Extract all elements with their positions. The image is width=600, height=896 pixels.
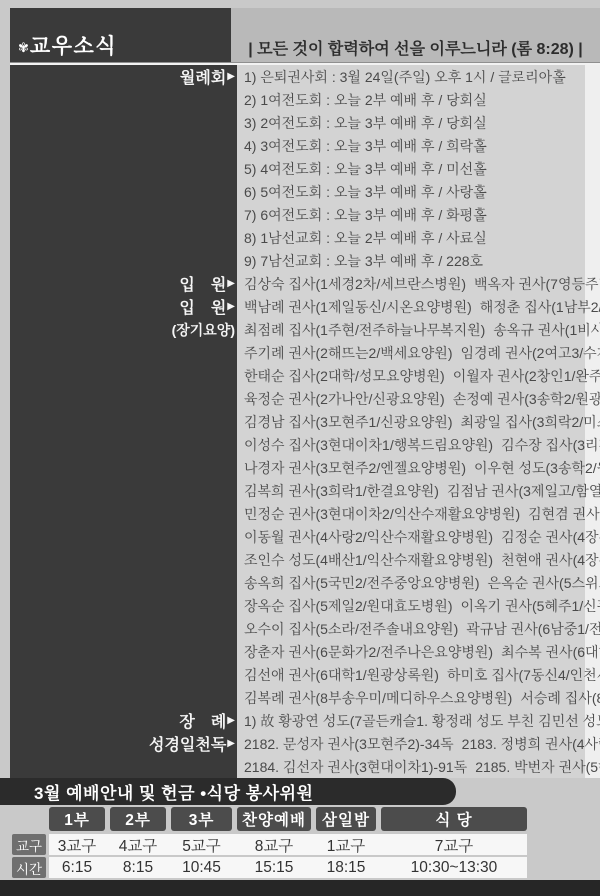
col-header-praise: 찬양예배 [237,807,311,831]
member-entry: 곽규남 권사(6남중1/전주한슬요양병원) [466,619,600,639]
longterm-row: 한태순 집사(2대학/성모요양병원)이월자 권사(2창인1/완주아름다운노인병원… [10,364,600,387]
col-header-cafeteria: 식 당 [381,807,527,831]
longterm-row: 주기례 권사(2해뜨는2/백세요양원)임경례 권사(2여고3/수재활요양병원) [10,341,600,364]
funeral-entry: 1) 故 황광연 성도(7골든캐슬1. 황정래 성도 부친 김민선 성도 시부) [237,709,600,732]
bible-entry: 2184. 김선자 권사(3현대이차1)-91독 [244,757,467,777]
title-box: ✾ 교우소식 [10,8,231,62]
member-entry: 김복례 권사(8부송우미/메디하우스요양병원) [244,688,512,708]
member-entry: 주기례 권사(2해뜨는2/백세요양원) [244,343,453,363]
member-entry: 장춘자 권사(6문화가2/전주나은요양병원) [244,642,493,662]
longterm-row: 장옥순 집사(5제일2/원대효도병원)이옥기 권사(5혜주1/신광요양원) [10,594,600,617]
section-label-bible: 성경일천독▶ [10,732,237,755]
row-label-district: 교구 [12,834,46,855]
district-cell: 1교구 [316,834,376,855]
district-cell: 7교구 [381,834,527,855]
member-entry: 이동월 권사(4사랑2/익산수재활요양병원) [244,527,493,547]
arrow-icon: ▶ [227,301,235,312]
member-entry: 한태순 집사(2대학/성모요양병원) [244,366,445,386]
longterm-row: 김복희 권사(3희락1/한결요양원)김점남 권사(3제일고/함열소망요양원) [10,479,600,502]
monthly-item-row: 8) 1남선교회 : 오늘 2부 예배 후 / 사료실 [10,226,600,249]
member-entry: 오수이 집사(5소라/전주솔내요양원) [244,619,458,639]
bible-entry: 2182. 문성자 권사(3모현주2)-34독 [244,734,454,754]
bulletin-body: 월례회▶ 1) 은퇴권사회 : 3월 24일(주일) 오후 1시 / 글로리아홀… [10,65,600,778]
member-entry: 이성수 집사(3현대이차1/행복드림요양원) [244,435,493,455]
member-entry: 하미호 집사(7동신4/인천서송병원) [447,665,600,685]
col-header-3bu: 3부 [171,807,232,831]
flower-icon: ✾ [18,38,29,58]
member-entry: 이우현 성도(3송학2/원광상록원) [474,458,600,478]
section-label-hospital: 입 원▶ [10,295,237,318]
bible-entry: 2185. 박번자 권사(5혜주2)-52독 [475,757,600,777]
longterm-row: 김복례 권사(8부송우미/메디하우스요양병원)서승례 집사(8주공1/원대효도요… [10,686,600,709]
arrow-icon: ▶ [227,738,235,749]
monthly-item-row: 3) 2여전도회 : 오늘 3부 예배 후 / 당회실 [10,111,600,134]
monthly-item: 5) 4여전도회 : 오늘 3부 예배 후 / 미선홀 [237,157,600,180]
funeral-row: 장 례▶ 1) 故 황광연 성도(7골든캐슬1. 황정래 성도 부친 김민선 성… [10,709,600,732]
section-label-hospital: 입 원▶ [10,272,237,295]
section-label-funeral: 장 례▶ [10,709,237,732]
bible-row: 성경일천독▶ 2182. 문성자 권사(3모현주2)-34독2183. 정병희 … [10,732,600,755]
member-entry: 김점남 권사(3제일고/함열소망요양원) [447,481,600,501]
member-entry: 김복희 권사(3희락1/한결요양원) [244,481,439,501]
member-entry: 김정순 권사(4장신2/수요양병원) [501,527,600,547]
member-entry: 손정예 권사(3송학2/원광상록원) [453,389,600,409]
hospital-row: 입 원▶ 백남례 권사(1제일동신/시온요양병원)해정춘 집사(1남부2/엔젤요… [10,295,600,318]
page-title: 교우소식 [30,36,117,58]
member-entry: 육정순 권사(2가나안/신광요양원) [244,389,445,409]
member-entry: 조인수 성도(4배산1/익산수재활요양병원) [244,550,493,570]
member-entry: 백남례 권사(1제일동신/시온요양병원) [244,297,472,317]
bible-entry: 2183. 정병희 권사(4사랑1)-48독 [462,734,600,754]
monthly-item: 4) 3여전도회 : 오늘 3부 예배 후 / 희락홀 [237,134,600,157]
member-entry: 김현겸 권사(4장신1/원광효도요양병원) [528,504,600,524]
member-entry: 김경남 집사(3모현주1/신광요양원) [244,412,453,432]
section-label-monthly: 월례회▶ [10,65,237,88]
longterm-row: 나경자 권사(3모현주2/엔젤요양병원)이우현 성도(3송학2/원광상록원) [10,456,600,479]
worship-banner: 3월 예배안내 및 헌금 •식당 봉사위원 [0,778,456,805]
col-header-1bu: 1부 [49,807,105,831]
longterm-row: 이성수 집사(3현대이차1/행복드림요양원)김수장 집사(3리젠시빌/연세요양병… [10,433,600,456]
longterm-row: 송옥희 집사(5국민2/전주중앙요양병원)은옥순 권사(5스위트2/원광효도요양… [10,571,600,594]
verse-text: | 모든 것이 합력하여 선을 이루느니라 (롬 8:28) | [248,36,583,59]
longterm-row: 조인수 성도(4배산1/익산수재활요양병원)천현애 권사(4장신2/엔젤요양병원… [10,548,600,571]
worship-table: 1부 2부 3부 찬양예배 삼일밤 식 당 교구 3교구 4교구 5교구 8교구… [12,807,600,878]
member-entry: 해정춘 집사(1남부2/엔젤요양병원) [480,297,600,317]
monthly-item-row: 6) 5여전도회 : 오늘 3부 예배 후 / 사랑홀 [10,180,600,203]
monthly-item: 7) 6여전도회 : 오늘 3부 예배 후 / 화평홀 [237,203,600,226]
district-cell: 3교구 [49,834,105,855]
member-entry: 나경자 권사(3모현주2/엔젤요양병원) [244,458,466,478]
bible-row: 2184. 김선자 권사(3현대이차1)-91독2185. 박번자 권사(5혜주… [10,755,600,778]
time-cell: 15:15 [237,857,311,878]
member-entry: 최광일 집사(3희락2/미소요양병원) [461,412,600,432]
longterm-row: 민정순 권사(3현대이차2/익산수재활요양병원)김현겸 권사(4장신1/원광효도… [10,502,600,525]
time-cell: 18:15 [316,857,376,878]
monthly-item-row: 5) 4여전도회 : 오늘 3부 예배 후 / 미선홀 [10,157,600,180]
monthly-item: 1) 은퇴권사회 : 3월 24일(주일) 오후 1시 / 글로리아홀 [237,65,600,88]
time-cell: 8:15 [110,857,166,878]
longterm-row: 김선애 권사(6대학1/원광상록원)하미호 집사(7동신4/인천서송병원) [10,663,600,686]
member-entry: 이옥기 권사(5혜주1/신광요양원) [461,596,600,616]
longterm-row: 장춘자 권사(6문화가2/전주나은요양병원)최수복 권사(6대한/수요양병원) [10,640,600,663]
member-entry: 장옥순 집사(5제일2/원대효도병원) [244,596,453,616]
member-entry: 민정순 권사(3현대이차2/익산수재활요양병원) [244,504,520,524]
row-label-time: 시간 [12,857,46,878]
district-row: 교구 3교구 4교구 5교구 8교구 1교구 7교구 [12,834,600,855]
member-entry: 이월자 권사(2창인1/완주아름다운노인병원) [453,366,600,386]
monthly-item: 6) 5여전도회 : 오늘 3부 예배 후 / 사랑홀 [237,180,600,203]
monthly-item: 3) 2여전도회 : 오늘 3부 예배 후 / 당회실 [237,111,600,134]
longterm-row: 이동월 권사(4사랑2/익산수재활요양병원)김정순 권사(4장신2/수요양병원) [10,525,600,548]
time-cell: 10:45 [171,857,232,878]
member-entry: 최점례 집사(1주현/전주하늘나무복지원) [244,320,485,340]
longterm-row: 육정순 권사(2가나안/신광요양원)손정예 권사(3송학2/원광상록원) [10,387,600,410]
time-row: 시간 6:15 8:15 10:45 15:15 18:15 10:30~13:… [12,857,600,878]
member-entry: 송옥희 집사(5국민2/전주중앙요양병원) [244,573,480,593]
bottom-divider-band [0,880,600,896]
col-header-wednesday: 삼일밤 [316,807,376,831]
monthly-item: 9) 7남선교회 : 오늘 3부 예배 후 / 228호 [237,249,600,272]
longterm-row: 오수이 집사(5소라/전주솔내요양원)곽규남 권사(6남중1/전주한슬요양병원) [10,617,600,640]
header: ✾ 교우소식 | 모든 것이 합력하여 선을 이루느니라 (롬 8:28) | [10,8,600,62]
time-cell: 10:30~13:30 [381,857,527,878]
monthly-item: 8) 1남선교회 : 오늘 2부 예배 후 / 사료실 [237,226,600,249]
member-entry: 백옥자 권사(7영등주택/국립암센터) [474,274,600,294]
monthly-item-row: 9) 7남선교회 : 오늘 3부 예배 후 / 228호 [10,249,600,272]
district-cell: 4교구 [110,834,166,855]
arrow-icon: ▶ [227,71,235,82]
col-header-2bu: 2부 [110,807,166,831]
time-cell: 6:15 [49,857,105,878]
hospital-row: 입 원▶ 김상숙 집사(1세경2차/세브란스병원)백옥자 권사(7영등주택/국립… [10,272,600,295]
member-entry: 김수장 집사(3리젠시빌/연세요양병원) [501,435,600,455]
arrow-icon: ▶ [227,715,235,726]
monthly-item-row: 7) 6여전도회 : 오늘 3부 예배 후 / 화평홀 [10,203,600,226]
monthly-item-row: 월례회▶ 1) 은퇴권사회 : 3월 24일(주일) 오후 1시 / 글로리아홀 [10,65,600,88]
member-entry: 송옥규 권사(1비사벌/오산가족사랑요양원) [493,320,600,340]
worship-table-header: 1부 2부 3부 찬양예배 삼일밤 식 당 [12,807,600,831]
monthly-item: 2) 1여전도회 : 오늘 2부 예배 후 / 당회실 [237,88,600,111]
member-entry: 은옥순 권사(5스위트2/원광효도요양병원) [488,573,600,593]
longterm-row: (장기요양) 최점례 집사(1주현/전주하늘나무복지원)송옥규 권사(1비사벌/… [10,318,600,341]
member-entry: 김상숙 집사(1세경2차/세브란스병원) [244,274,466,294]
member-entry: 임경례 권사(2여고3/수재활요양병원) [461,343,600,363]
district-cell: 8교구 [237,834,311,855]
member-entry: 천현애 권사(4장신2/엔젤요양병원) [501,550,600,570]
monthly-item-row: 2) 1여전도회 : 오늘 2부 예배 후 / 당회실 [10,88,600,111]
longterm-row: 김경남 집사(3모현주1/신광요양원)최광일 집사(3희락2/미소요양병원) [10,410,600,433]
member-entry: 서승례 집사(8주공1/원대효도요양병원) [520,688,600,708]
monthly-item-row: 4) 3여전도회 : 오늘 3부 예배 후 / 희락홀 [10,134,600,157]
arrow-icon: ▶ [227,278,235,289]
member-entry: 김선애 권사(6대학1/원광상록원) [244,665,439,685]
verse-band: | 모든 것이 합력하여 선을 이루느니라 (롬 8:28) | [231,8,600,62]
section-label-longterm: (장기요양) [10,318,237,341]
member-entry: 최수복 권사(6대한/수요양병원) [501,642,600,662]
worship-banner-text: 3월 예배안내 및 헌금 •식당 봉사위원 [34,779,313,804]
district-cell: 5교구 [171,834,232,855]
